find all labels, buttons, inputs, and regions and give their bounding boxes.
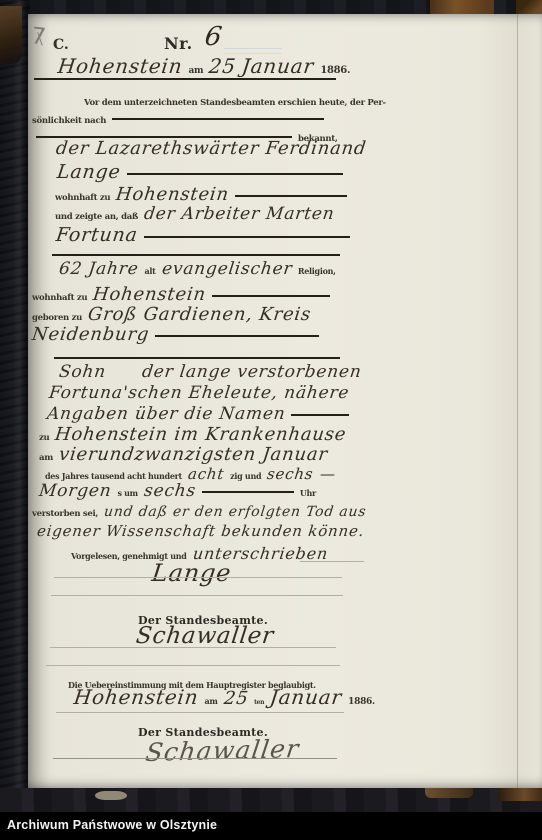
- handwritten-text: Lange: [56, 163, 122, 182]
- document-line: sönlichkeit nach: [32, 110, 330, 126]
- handwritten-text: Januar: [269, 687, 343, 707]
- document-line: Lange: [57, 163, 349, 182]
- handwritten-text: der Arbeiter Marten: [143, 206, 335, 223]
- handwritten-text: Fortuna: [55, 226, 139, 245]
- fill-in-rule: [112, 118, 324, 120]
- record-number-label: Nr.: [164, 34, 193, 53]
- handwritten-text: sechs: [143, 483, 197, 500]
- printed-text: am: [205, 696, 218, 706]
- printed-text: geboren zu: [32, 313, 82, 323]
- printed-text: ten: [254, 699, 264, 706]
- ruled-line: [54, 577, 342, 578]
- fill-in-rule: [212, 295, 330, 297]
- document-line: geboren zuGroß Gardienen, Kreis: [32, 306, 317, 324]
- page-crease: [517, 14, 518, 788]
- document-line: eigener Wissenschaft bekunden könne.: [37, 523, 370, 539]
- handwritten-text: der lange verstorbenen: [141, 364, 363, 381]
- document-line: amvierundzwanzigsten Januar: [39, 446, 334, 464]
- printed-text: und zeigte an, daß: [55, 212, 138, 222]
- document-line: Fortuna'schen Eheleute, nähere: [49, 385, 355, 402]
- printed-text: sönlichkeit nach: [32, 116, 106, 126]
- ruled-line: [46, 665, 340, 666]
- scanned-register-photo: 7 C. Nr. 6 Hohensteinam25Januar1886.Vor …: [0, 0, 542, 840]
- printed-text: zu: [39, 433, 49, 443]
- document-line: Schawaller: [136, 625, 280, 648]
- printed-text: alt: [145, 266, 156, 276]
- document-line: Schawaller: [146, 738, 305, 763]
- printed-text: s um: [117, 488, 137, 498]
- handwritten-text: Neidenburg: [31, 326, 150, 344]
- archive-watermark-bar: Archiwum Państwowe w Olsztynie: [0, 812, 542, 840]
- handwritten-text: Januar: [241, 56, 315, 76]
- ruled-line: [300, 561, 364, 562]
- handwritten-text: vierundzwanzigsten Januar: [58, 446, 329, 464]
- document-line: zuHohenstein im Krankenhause: [39, 426, 353, 444]
- document-line: des Jahres tausend acht hundertachtzig u…: [45, 466, 341, 482]
- leather-patch-left: [0, 6, 22, 64]
- handwritten-text: Schawaller: [135, 625, 276, 648]
- fill-in-rule: [235, 195, 347, 197]
- document-line: und zeigte an, daßder Arbeiter Marten: [55, 206, 340, 223]
- ruled-line: [51, 595, 343, 596]
- handwritten-text: eigener Wissenschaft bekunden könne.: [36, 524, 365, 539]
- document-line: Hohensteinam25tenJanuar1886.: [74, 687, 381, 708]
- document-line: Angaben über die Namen: [47, 406, 355, 423]
- printed-text: 1886.: [320, 65, 350, 76]
- handwritten-text: und daß er den erfolgten Tod aus: [103, 505, 367, 519]
- ruled-line: [53, 758, 337, 759]
- printed-text: Religion,: [298, 266, 336, 276]
- ruled-line: [50, 647, 336, 648]
- pencil-annotation: 7: [29, 23, 47, 51]
- fill-in-rule: [127, 173, 343, 175]
- printed-text: zig und: [230, 471, 261, 481]
- archive-name-text: Archiwum Państwowe w Olsztynie: [0, 812, 542, 839]
- form-letter-c: C.: [53, 37, 69, 53]
- record-number-value: 6: [203, 22, 224, 52]
- document-line: Morgens umsechsUhr: [39, 483, 322, 500]
- handwritten-text: Angaben über die Namen: [46, 406, 287, 423]
- handwritten-text: 62 Jahre: [58, 261, 140, 278]
- binding-damage-patch: [425, 788, 473, 798]
- handwritten-text: Fortuna'schen Eheleute, nähere: [48, 385, 350, 402]
- book-binding-left: [0, 0, 30, 812]
- handwritten-text: evangelischer: [161, 261, 293, 278]
- printed-text: wohnhaft zu: [55, 193, 110, 203]
- handwritten-text: der Lazarethswärter Ferdinand: [55, 140, 368, 158]
- document-line: Neidenburg: [32, 326, 325, 344]
- handwritten-text: Hohenstein: [73, 687, 200, 707]
- handwritten-text: Hohenstein: [57, 56, 184, 76]
- leather-corner-bottom-right: [498, 788, 542, 801]
- printed-text: wohnhaft zu: [32, 293, 87, 303]
- document-line: Sohnder lange verstorbenen: [59, 364, 368, 381]
- handwritten-text: sechs: [266, 467, 314, 482]
- handwritten-text: Groß Gardienen, Kreis: [87, 306, 312, 324]
- printed-text: 1886.: [348, 697, 375, 707]
- fill-in-rule: [202, 491, 294, 493]
- handwritten-text: acht: [187, 467, 225, 482]
- leather-patch-top: [430, 0, 494, 15]
- handwritten-text: Sohn: [58, 364, 107, 381]
- fill-in-rule: [155, 335, 319, 337]
- handwritten-text: 25: [222, 690, 249, 708]
- handwritten-text: —: [319, 467, 337, 482]
- ruled-line: [34, 78, 336, 80]
- binding-damage-patch: [95, 791, 127, 800]
- document-line: wohnhaft zuHohenstein: [32, 286, 336, 304]
- handwritten-text: 25: [208, 56, 238, 76]
- document-line: der Lazarethswärter Ferdinand: [56, 140, 372, 158]
- printed-text: verstorben sei,: [32, 509, 98, 519]
- printed-text: des Jahres tausend acht hundert: [45, 471, 182, 481]
- handwritten-text: Hohenstein: [115, 186, 230, 204]
- document-line: verstorben sei,und daß er den erfolgten …: [32, 503, 372, 519]
- document-line: Hohensteinam25Januar1886.: [58, 56, 356, 76]
- ruled-line: [54, 357, 340, 359]
- signature-text: Schawaller: [144, 736, 301, 765]
- register-page: 7 C. Nr. 6 Hohensteinam25Januar1886.Vor …: [28, 14, 542, 788]
- handwritten-text: Hohenstein: [92, 286, 207, 304]
- ruled-line: [52, 254, 340, 256]
- ruled-line: [56, 712, 344, 713]
- printed-text: am: [189, 66, 204, 76]
- document-line: 62 JahrealtevangelischerReligion,: [59, 261, 342, 278]
- handwritten-text: Lange: [151, 561, 233, 585]
- document-line: wohnhaft zuHohenstein: [55, 186, 353, 204]
- handwritten-text: Hohenstein im Krankenhause: [54, 426, 347, 444]
- document-line: Vor dem unterzeichneten Standesbeamten e…: [84, 92, 392, 108]
- fill-in-rule: [144, 236, 350, 238]
- printed-text: am: [39, 453, 53, 463]
- document-line: Fortuna: [56, 226, 356, 245]
- printed-text: Uhr: [300, 488, 316, 498]
- fill-in-rule: [291, 414, 349, 416]
- printed-text: Vor dem unterzeichneten Standesbeamten e…: [84, 98, 386, 108]
- document-line: Lange: [152, 561, 237, 585]
- handwritten-text: Morgen: [38, 483, 113, 500]
